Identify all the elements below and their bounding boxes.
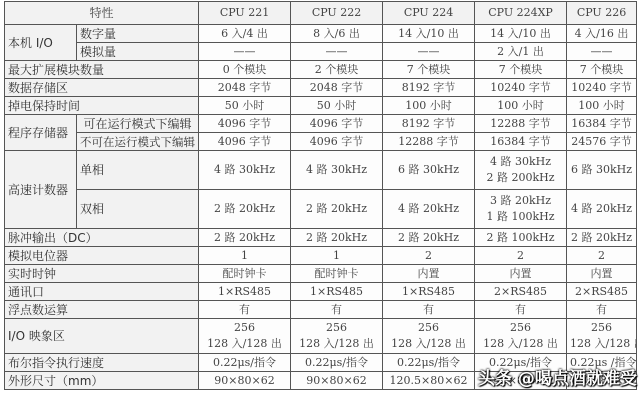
cell: 90×80×62 bbox=[291, 372, 383, 390]
label-float-math: 浮点数运算 bbox=[5, 301, 199, 319]
row-analog-pot: 模拟电位器 1 1 2 2 2 bbox=[5, 247, 637, 265]
watermark: 头条 @喝点酒就难受 bbox=[478, 364, 637, 389]
row-hs-counter-single: 高速计数器 单相 4 路 30kHz 4 路 30kHz 6 路 30kHz 4… bbox=[5, 151, 637, 190]
cell-line: 256 bbox=[294, 320, 379, 336]
row-local-io-digital: 本机 I/O 数字量 6 入/4 出 8 入/6 出 14 入/10 出 14 … bbox=[5, 25, 637, 43]
row-rtc: 实时时钟 配时钟卡 配时钟卡 内置 内置 内置 bbox=[5, 265, 637, 283]
row-pulse-output: 脉冲输出（DC） 2 路 20kHz 2 路 20kHz 2 路 20kHz 2… bbox=[5, 229, 637, 247]
cell: 4096 字节 bbox=[291, 133, 383, 151]
row-hs-counter-dual: 双相 2 路 20kHz 2 路 20kHz 4 路 20kHz 3 路 20k… bbox=[5, 190, 637, 229]
cell: 内置 bbox=[383, 265, 475, 283]
cell: 2 路 20kHz bbox=[291, 229, 383, 247]
row-local-io-analog: 模拟量 —— —— —— 2 入/1 出 —— bbox=[5, 43, 637, 61]
cell-line: 128 入/128 出 bbox=[202, 336, 287, 352]
cell: 256 128 入/128 出 bbox=[383, 319, 475, 354]
row-max-expansion: 最大扩展模块数量 0 个模块 2 个模块 7 个模块 7 个模块 7 个模块 bbox=[5, 61, 637, 79]
cell-line: 256 bbox=[570, 320, 633, 336]
cell: 有 bbox=[199, 301, 291, 319]
cell: 有 bbox=[475, 301, 567, 319]
cell: 2048 字节 bbox=[291, 79, 383, 97]
cell: 2 路 20kHz bbox=[199, 190, 291, 229]
cell: 有 bbox=[567, 301, 637, 319]
header-cpu-221: CPU 221 bbox=[199, 2, 291, 25]
label-program-memory: 程序存储器 bbox=[5, 115, 77, 151]
header-row: 特性 CPU 221 CPU 222 CPU 224 CPU 224XP CPU… bbox=[5, 2, 637, 25]
cell: 0.22μs/指令 bbox=[383, 354, 475, 372]
cell: 10240 字节 bbox=[567, 79, 637, 97]
cell: 100 小时 bbox=[475, 97, 567, 115]
cell: 256 128 入/128 出 bbox=[291, 319, 383, 354]
cell: 2 路 20kHz bbox=[199, 229, 291, 247]
header-cpu-226: CPU 226 bbox=[567, 2, 637, 25]
cell-line: 3 路 20kHz bbox=[478, 193, 563, 209]
cell: 4 路 20kHz bbox=[567, 190, 637, 229]
cell: 50 小时 bbox=[199, 97, 291, 115]
cell: 10240 字节 bbox=[475, 79, 567, 97]
cell: 2 路 20kHz bbox=[291, 190, 383, 229]
cell: 6 入/4 出 bbox=[199, 25, 291, 43]
cell: 内置 bbox=[475, 265, 567, 283]
cell: 4096 字节 bbox=[291, 115, 383, 133]
row-comm-port: 通讯口 1×RS485 1×RS485 1×RS485 2×RS485 2×RS… bbox=[5, 283, 637, 301]
cell: 120.5×80×62 bbox=[383, 372, 475, 390]
cell-line: 256 bbox=[202, 320, 287, 336]
row-power-off-retention: 掉电保持时间 50 小时 50 小时 100 小时 100 小时 100 小时 bbox=[5, 97, 637, 115]
cell: 2 bbox=[475, 247, 567, 265]
cell: 6 路 30kHz bbox=[567, 151, 637, 190]
cell: 2×RS485 bbox=[567, 283, 637, 301]
cell: 2048 字节 bbox=[199, 79, 291, 97]
row-float-math: 浮点数运算 有 有 有 有 有 bbox=[5, 301, 637, 319]
cell: 7 个模块 bbox=[383, 61, 475, 79]
cell: 256 128 入/128 出 bbox=[567, 319, 637, 354]
row-io-image: I/O 映象区 256 128 入/128 出 256 128 入/128 出 … bbox=[5, 319, 637, 354]
cell: 4 路 20kHz bbox=[383, 190, 475, 229]
label-digital: 数字量 bbox=[77, 25, 199, 43]
header-cpu-224xp: CPU 224XP bbox=[475, 2, 567, 25]
label-dimensions: 外形尺寸（mm） bbox=[5, 372, 199, 390]
cell: 有 bbox=[383, 301, 475, 319]
cell: 3 路 20kHz 1 路 100kHz bbox=[475, 190, 567, 229]
cell-line: 1 路 100kHz bbox=[478, 209, 563, 225]
cell: 4 路 30kHz bbox=[291, 151, 383, 190]
cell: 8192 字节 bbox=[383, 115, 475, 133]
cell: 2 入/1 出 bbox=[475, 43, 567, 61]
label-dual-phase: 双相 bbox=[77, 190, 199, 229]
cell: 1 bbox=[291, 247, 383, 265]
cell: 12288 字节 bbox=[475, 115, 567, 133]
cell-line: 256 bbox=[386, 320, 471, 336]
cell: 2 bbox=[567, 247, 637, 265]
label-io-image: I/O 映象区 bbox=[5, 319, 199, 354]
cell: 有 bbox=[291, 301, 383, 319]
cell: 14 入/10 出 bbox=[383, 25, 475, 43]
row-program-memory-no-run-edit: 不可在运行模式下编辑 4096 字节 4096 字节 12288 字节 1638… bbox=[5, 133, 637, 151]
cell-line: 256 bbox=[478, 320, 563, 336]
cell: 4 路 30kHz 2 路 200kHz bbox=[475, 151, 567, 190]
cell: 7 个模块 bbox=[567, 61, 637, 79]
label-analog-pot: 模拟电位器 bbox=[5, 247, 199, 265]
cell: 100 小时 bbox=[383, 97, 475, 115]
cell: 1×RS485 bbox=[199, 283, 291, 301]
label-no-run-edit: 不可在运行模式下编辑 bbox=[77, 133, 199, 151]
label-hs-counter: 高速计数器 bbox=[5, 151, 77, 229]
header-cpu-222: CPU 222 bbox=[291, 2, 383, 25]
cell-line: 2 路 200kHz bbox=[478, 170, 563, 186]
cell: 256 128 入/128 出 bbox=[199, 319, 291, 354]
cell: 内置 bbox=[567, 265, 637, 283]
cell: 8 入/6 出 bbox=[291, 25, 383, 43]
cell: —— bbox=[199, 43, 291, 61]
cell: 2 路 20kHz bbox=[383, 229, 475, 247]
cell: —— bbox=[567, 43, 637, 61]
label-max-expansion: 最大扩展模块数量 bbox=[5, 61, 199, 79]
cell: —— bbox=[383, 43, 475, 61]
row-data-storage: 数据存储区 2048 字节 2048 字节 8192 字节 10240 字节 1… bbox=[5, 79, 637, 97]
header-feature: 特性 bbox=[5, 2, 199, 25]
cell-line: 128 入/128 出 bbox=[570, 336, 633, 352]
header-cpu-224: CPU 224 bbox=[383, 2, 475, 25]
cell: 配时钟卡 bbox=[291, 265, 383, 283]
label-rtc: 实时时钟 bbox=[5, 265, 199, 283]
label-run-edit: 可在运行模式下编辑 bbox=[77, 115, 199, 133]
label-comm-port: 通讯口 bbox=[5, 283, 199, 301]
cell: 24576 字节 bbox=[567, 133, 637, 151]
cell: 256 128 入/128 出 bbox=[475, 319, 567, 354]
cell: 4 入/16 出 bbox=[567, 25, 637, 43]
label-bool-speed: 布尔指令执行速度 bbox=[5, 354, 199, 372]
cell: 90×80×62 bbox=[199, 372, 291, 390]
cell: —— bbox=[291, 43, 383, 61]
cell: 1×RS485 bbox=[291, 283, 383, 301]
cell: 0.22μs/指令 bbox=[291, 354, 383, 372]
cell: 1 bbox=[199, 247, 291, 265]
cell: 6 路 30kHz bbox=[383, 151, 475, 190]
cell: 8192 字节 bbox=[383, 79, 475, 97]
label-local-io: 本机 I/O bbox=[5, 25, 77, 61]
cell: 0 个模块 bbox=[199, 61, 291, 79]
cell: 2×RS485 bbox=[475, 283, 567, 301]
cell: 2 个模块 bbox=[291, 61, 383, 79]
label-power-off-retention: 掉电保持时间 bbox=[5, 97, 199, 115]
cell: 4096 字节 bbox=[199, 133, 291, 151]
cell: 4 路 30kHz bbox=[199, 151, 291, 190]
row-program-memory-run-edit: 程序存储器 可在运行模式下编辑 4096 字节 4096 字节 8192 字节 … bbox=[5, 115, 637, 133]
cell: 100 小时 bbox=[567, 97, 637, 115]
cell: 12288 字节 bbox=[383, 133, 475, 151]
cell: 2 路 100kHz bbox=[475, 229, 567, 247]
cell-line: 128 入/128 出 bbox=[478, 336, 563, 352]
cell: 16384 字节 bbox=[567, 115, 637, 133]
cell: 2 路 20kHz bbox=[567, 229, 637, 247]
cell: 2 bbox=[383, 247, 475, 265]
cpu-spec-table: 特性 CPU 221 CPU 222 CPU 224 CPU 224XP CPU… bbox=[4, 1, 637, 390]
cell: 配时钟卡 bbox=[199, 265, 291, 283]
cell-line: 128 入/128 出 bbox=[386, 336, 471, 352]
label-single-phase: 单相 bbox=[77, 151, 199, 190]
label-pulse-output: 脉冲输出（DC） bbox=[5, 229, 199, 247]
cell: 4096 字节 bbox=[199, 115, 291, 133]
label-data-storage: 数据存储区 bbox=[5, 79, 199, 97]
cell: 50 小时 bbox=[291, 97, 383, 115]
cell: 1×RS485 bbox=[383, 283, 475, 301]
cell: 14 入/10 出 bbox=[475, 25, 567, 43]
cell: 16384 字节 bbox=[475, 133, 567, 151]
cell-line: 128 入/128 出 bbox=[294, 336, 379, 352]
cell: 0.22μs/指令 bbox=[199, 354, 291, 372]
cell-line: 4 路 30kHz bbox=[478, 154, 563, 170]
label-analog: 模拟量 bbox=[77, 43, 199, 61]
cell: 7 个模块 bbox=[475, 61, 567, 79]
